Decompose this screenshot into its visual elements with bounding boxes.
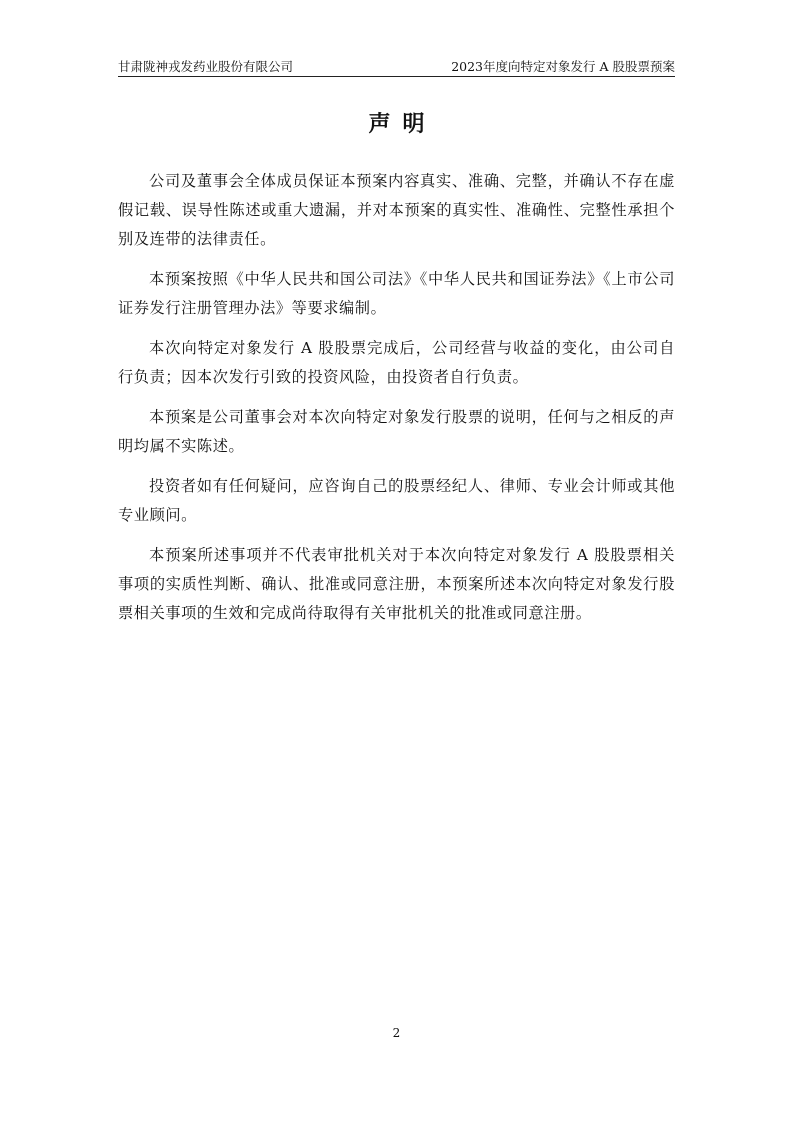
header-document-title: 2023年度向特定对象发行 A 股股票预案 bbox=[451, 60, 675, 74]
page-title: 声明 bbox=[0, 110, 793, 140]
header-company-name: 甘肃陇神戎发药业股份有限公司 bbox=[118, 60, 293, 74]
paragraph-accuracy: 公司及董事会全体成员保证本预案内容真实、准确、完整，并确认不存在虚假记载、误导性… bbox=[118, 167, 675, 254]
statement-body: 公司及董事会全体成员保证本预案内容真实、准确、完整，并确认不存在虚假记载、误导性… bbox=[118, 167, 675, 639]
page-header: 甘肃陇神戎发药业股份有限公司 2023年度向特定对象发行 A 股股票预案 bbox=[118, 56, 675, 77]
paragraph-investor-advice: 投资者如有任何疑问，应咨询自己的股票经纪人、律师、专业会计师或其他专业顾问。 bbox=[118, 472, 675, 530]
page-number: 2 bbox=[0, 1026, 793, 1040]
paragraph-approval-disclaimer: 本预案所述事项并不代表审批机关对于本次向特定对象发行 A 股股票相关事项的实质性… bbox=[118, 541, 675, 628]
paragraph-responsibility: 本次向特定对象发行 A 股股票完成后，公司经营与收益的变化，由公司自行负责；因本… bbox=[118, 334, 675, 392]
paragraph-legal-basis: 本预案按照《中华人民共和国公司法》《中华人民共和国证券法》《上市公司证券发行注册… bbox=[118, 265, 675, 323]
paragraph-contrary-statements: 本预案是公司董事会对本次向特定对象发行股票的说明，任何与之相反的声明均属不实陈述… bbox=[118, 403, 675, 461]
